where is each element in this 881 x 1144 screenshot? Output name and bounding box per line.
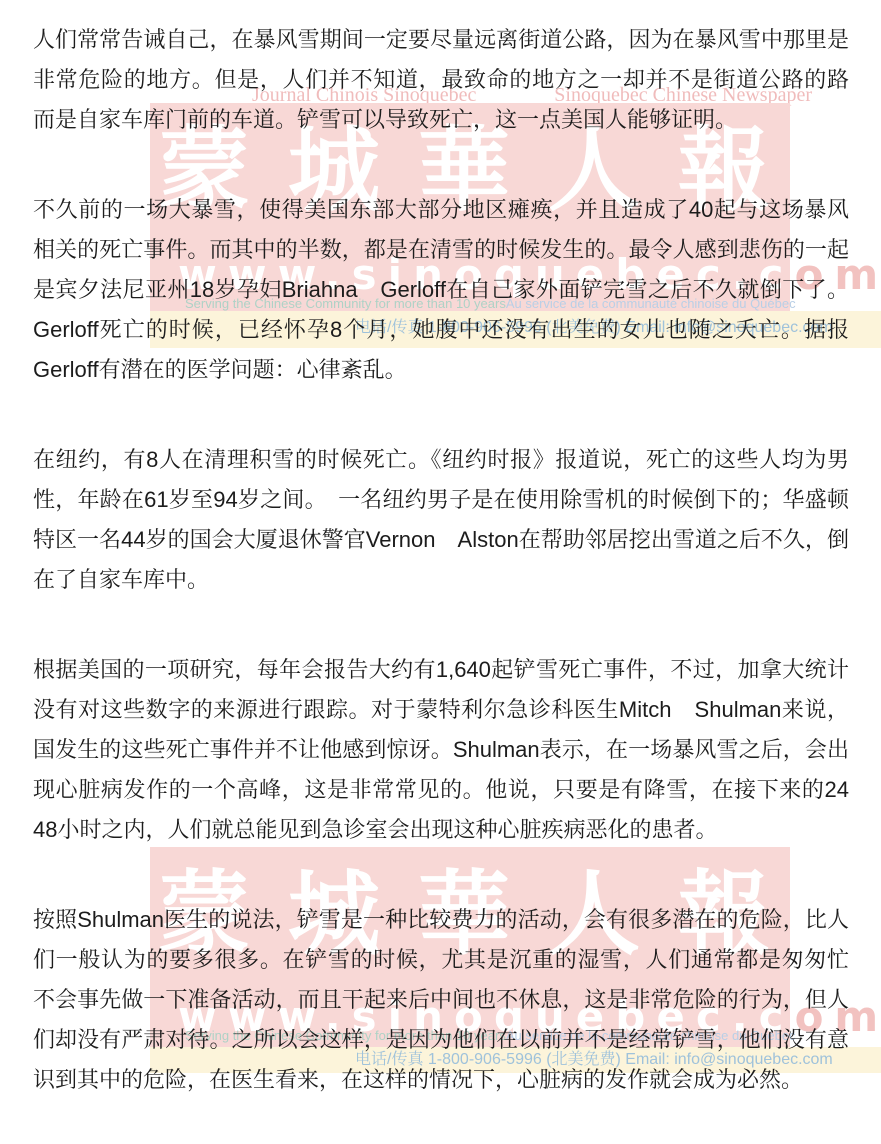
text-line: Gerloff死亡的时候，已经怀孕8个月，她腹中还没有出生的女儿也随之夭亡。据报… <box>33 310 849 350</box>
text-line: 们却没有严肃对待。之所以会这样，是因为他们在以前并不是经常铲雪，他们没有意 <box>33 1020 849 1060</box>
paragraph-4: 根据美国的一项研究，每年会报告大约有1,640起铲雪死亡事件，不过，加拿大统计局… <box>33 650 849 850</box>
text-line: 不会事先做一下准备活动，而且干起来后中间也不休息，这是非常危险的行为，但人 <box>33 980 849 1020</box>
paragraph-1: 人们常常告诫自己，在暴风雪期间一定要尽量远离街道公路，因为在暴风雪中那里是非常危… <box>33 20 849 140</box>
text-line: 现心脏病发作的一个高峰，这是非常常见的。他说，只要是有降雪，在接下来的24到 <box>33 770 849 810</box>
text-line: 没有对这些数字的来源进行跟踪。对于蒙特利尔急诊科医生Mitch Shulman来… <box>33 690 849 730</box>
text-line: 识到其中的危险，在医生看来，在这样的情况下，心脏病的发作就会成为必然。 <box>33 1060 849 1100</box>
paragraph-3: 在纽约，有8人在清理积雪的时候死亡。《纽约时报》报道说，死亡的这些人均为男性，年… <box>33 440 849 600</box>
text-line: 相关的死亡事件。而其中的半数，都是在清雪的时候发生的。最令人感到悲伤的一起 <box>33 230 849 270</box>
text-line: 在了自家车库中。 <box>33 560 849 600</box>
text-line: 人们常常告诫自己，在暴风雪期间一定要尽量远离街道公路，因为在暴风雪中那里是 <box>33 20 849 60</box>
text-line: Gerloff有潜在的医学问题：心律紊乱。 <box>33 350 849 390</box>
article-body: 人们常常告诫自己，在暴风雪期间一定要尽量远离街道公路，因为在暴风雪中那里是非常危… <box>33 20 849 1100</box>
text-line: 根据美国的一项研究，每年会报告大约有1,640起铲雪死亡事件，不过，加拿大统计局 <box>33 650 849 690</box>
paragraph-5: 按照Shulman医生的说法，铲雪是一种比较费力的活动，会有很多潜在的危险，比人… <box>33 900 849 1100</box>
text-line: 按照Shulman医生的说法，铲雪是一种比较费力的活动，会有很多潜在的危险，比人 <box>33 900 849 940</box>
paragraph-2: 不久前的一场大暴雪，使得美国东部大部分地区瘫痪，并且造成了40起与这场暴风雪相关… <box>33 190 849 390</box>
text-line: 特区一名44岁的国会大厦退休警官Vernon Alston在帮助邻居挖出雪道之后… <box>33 520 849 560</box>
text-line: 48小时之内，人们就总能见到急诊室会出现这种心脏疾病恶化的患者。 <box>33 810 849 850</box>
text-line: 而是自家车库门前的车道。铲雪可以导致死亡，这一点美国人能够证明。 <box>33 100 849 140</box>
text-line: 是宾夕法尼亚州18岁孕妇Briahna Gerloff在自己家外面铲完雪之后不久… <box>33 270 849 310</box>
text-line: 们一般认为的要多很多。在铲雪的时候，尤其是沉重的湿雪，人们通常都是匆匆忙忙， <box>33 940 849 980</box>
text-line: 非常危险的地方。但是，人们并不知道，最致命的地方之一却并不是街道公路的路面， <box>33 60 849 100</box>
text-line: 不久前的一场大暴雪，使得美国东部大部分地区瘫痪，并且造成了40起与这场暴风雪 <box>33 190 849 230</box>
text-line: 国发生的这些死亡事件并不让他感到惊讶。Shulman表示，在一场暴风雪之后，会出 <box>33 730 849 770</box>
text-line: 在纽约，有8人在清理积雪的时候死亡。《纽约时报》报道说，死亡的这些人均为男 <box>33 440 849 480</box>
text-line: 性，年龄在61岁至94岁之间。 一名纽约男子是在使用除雪机的时候倒下的；华盛顿 <box>33 480 849 520</box>
